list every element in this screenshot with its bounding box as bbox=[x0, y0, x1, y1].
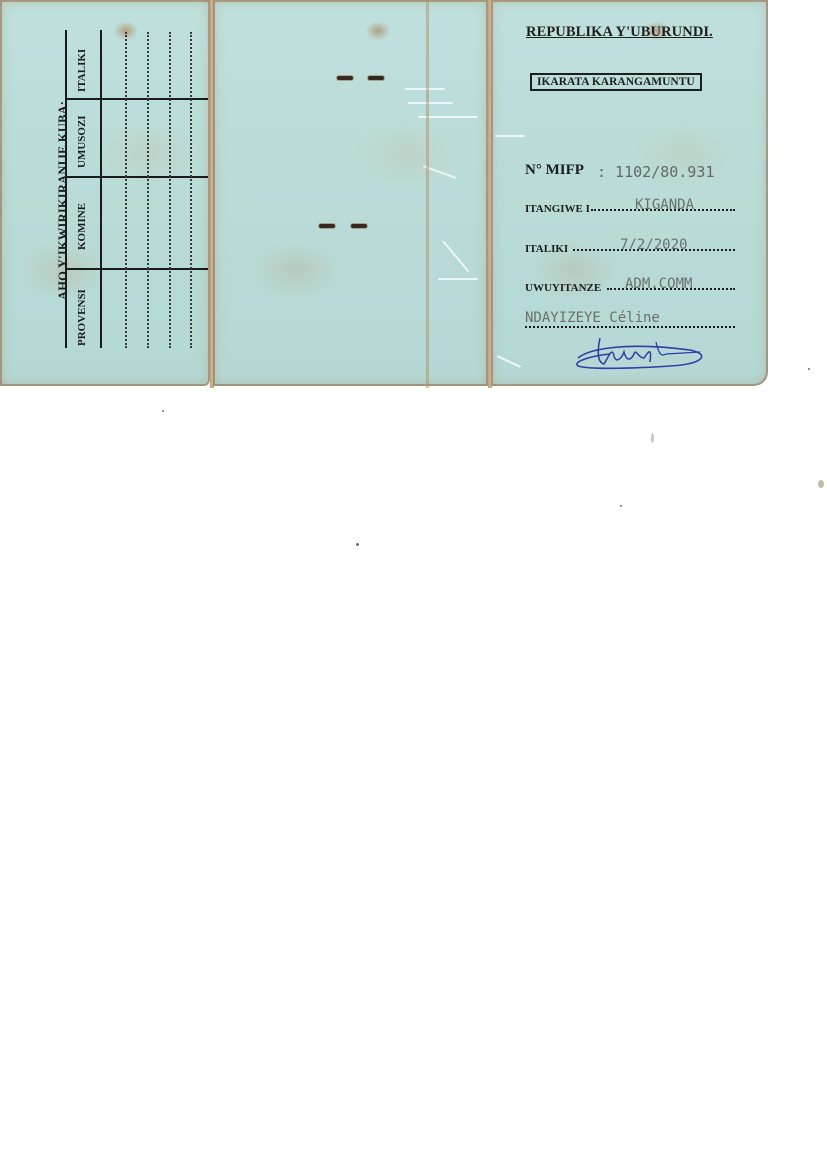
id-card-scan: AHO Y'IKWIRIKIRANIJE KUBA: PROVENSI KOMI… bbox=[0, 0, 770, 390]
column-header-umusozi: UMUSOZI bbox=[76, 115, 88, 168]
staple-mark bbox=[368, 76, 384, 80]
table-row-divider bbox=[66, 176, 208, 178]
column-header-italiki: ITALIKI bbox=[76, 49, 88, 92]
card-panel-blank bbox=[213, 0, 488, 386]
mifp-number: : 1102/80.931 bbox=[597, 163, 714, 181]
republic-title: REPUBLIKA Y'UBURUNDI. bbox=[526, 24, 713, 41]
scan-speck bbox=[651, 433, 654, 443]
residence-table-title: AHO Y'IKWIRIKIRANIJE KUBA: bbox=[56, 101, 71, 300]
laminate-crease bbox=[408, 102, 453, 104]
field-value: ADM.COMM bbox=[625, 276, 692, 292]
scan-speck bbox=[818, 480, 824, 488]
fold-line bbox=[210, 0, 214, 388]
scan-speck bbox=[620, 505, 622, 507]
laminate-crease bbox=[495, 135, 525, 137]
entry-line bbox=[169, 32, 171, 348]
laminate-crease bbox=[405, 88, 445, 90]
staple-mark bbox=[319, 224, 335, 228]
signature bbox=[570, 328, 720, 374]
issuer-name: NDAYIZEYE Céline bbox=[525, 310, 660, 326]
field-label: ITALIKI bbox=[525, 243, 568, 255]
field-issuer: UWUYITANZE ADM.COMM bbox=[525, 282, 601, 294]
table-divider bbox=[100, 30, 102, 348]
residence-table: AHO Y'IKWIRIKIRANIJE KUBA: PROVENSI KOMI… bbox=[0, 0, 210, 386]
laminate-crease bbox=[438, 278, 478, 280]
scan-speck bbox=[162, 410, 164, 412]
staple-mark bbox=[337, 76, 353, 80]
field-issued-at: ITANGIWE I KIGANDA bbox=[525, 203, 590, 215]
field-label: ITANGIWE I bbox=[525, 203, 590, 215]
table-row-divider bbox=[66, 98, 208, 100]
scan-speck bbox=[356, 543, 359, 546]
entry-line bbox=[147, 32, 149, 348]
laminate-crease bbox=[442, 240, 469, 272]
mifp-label: N° MIFP bbox=[525, 162, 584, 179]
card-title: IKARATA KARANGAMUNTU bbox=[530, 73, 702, 91]
field-label: UWUYITANZE bbox=[525, 282, 601, 294]
field-date: ITALIKI 7/2/2020 bbox=[525, 243, 568, 255]
table-border bbox=[65, 30, 67, 348]
scan-speck bbox=[808, 368, 810, 370]
entry-line bbox=[125, 32, 127, 348]
staple-mark bbox=[351, 224, 367, 228]
table-row-divider bbox=[66, 268, 208, 270]
column-header-provensi: PROVENSI bbox=[76, 289, 88, 346]
fold-line bbox=[426, 0, 429, 388]
field-value: 7/2/2020 bbox=[620, 237, 687, 253]
column-header-komine: KOMINE bbox=[76, 203, 88, 250]
field-value: KIGANDA bbox=[635, 197, 694, 213]
card-panel-residence-history: AHO Y'IKWIRIKIRANIJE KUBA: PROVENSI KOMI… bbox=[0, 0, 210, 386]
entry-line bbox=[190, 32, 192, 348]
